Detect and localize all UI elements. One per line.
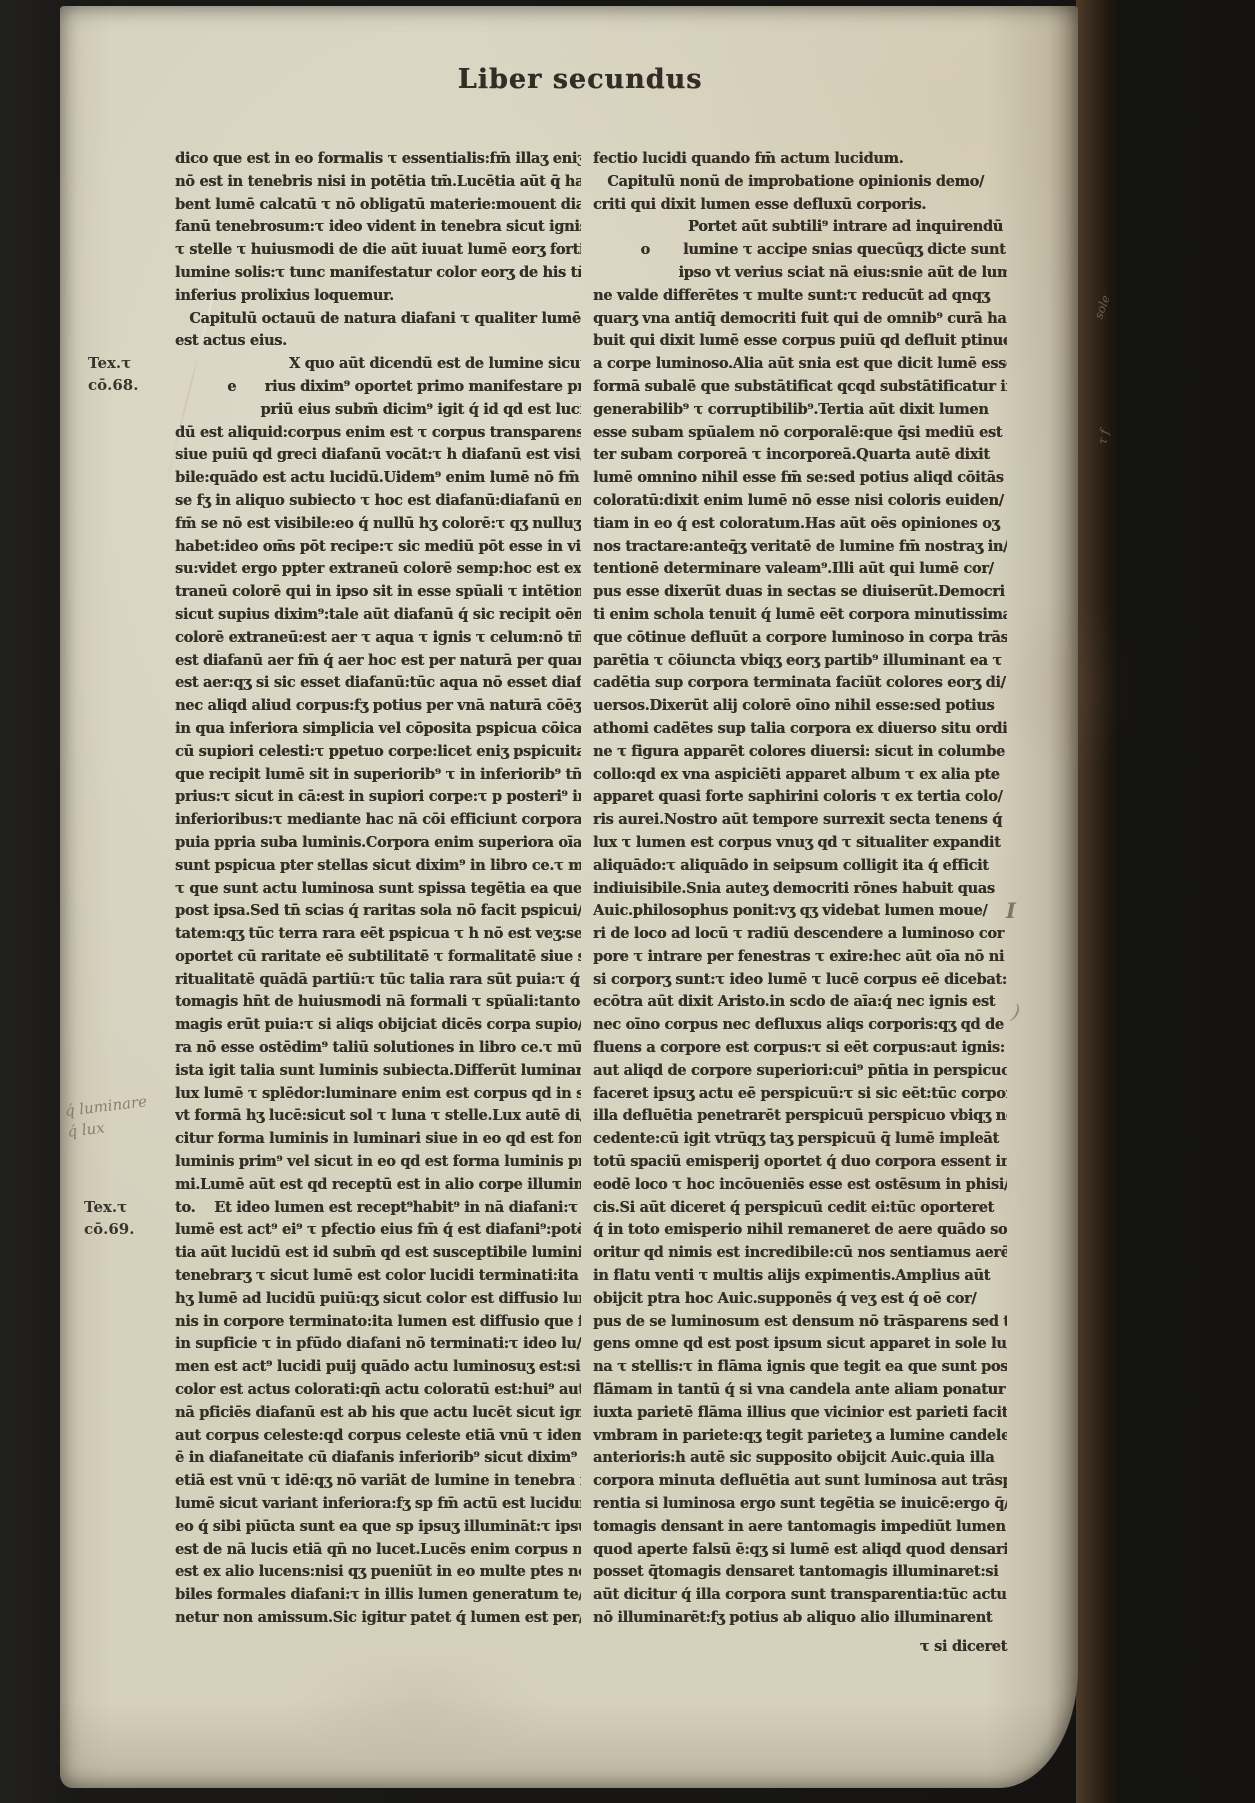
text-line: est aer:qʒ si sic esset diafanū:tūc aqua… [175, 672, 581, 695]
text-line: nō illuminarēt:fʒ potius ab aliquo alio … [593, 1607, 1007, 1630]
text-line: nec aliqd aliud corpus:fʒ potius per vnā… [175, 695, 581, 718]
text-line: formā subalē que substātificat qcqd subs… [593, 376, 1007, 399]
text-line: ne τ figura apparēt colores diuersi: sic… [593, 741, 1007, 764]
text-line: luminis prim⁹ vel sicut in eo qd est for… [175, 1151, 581, 1174]
margin-pen-mark: I [1006, 898, 1016, 923]
text-line: priū eius subm̄ dicim⁹ igit q́ id qd est… [175, 399, 581, 422]
text-line: tatem:qʒ tūc terra rara eēt pspicua τ h … [175, 923, 581, 946]
text-line: que cōtinue defluūt a corpore luminoso i… [593, 627, 1007, 650]
text-line: ritualitatē quādā partiū:τ tūc talia rar… [175, 969, 581, 992]
text-line: tiam in eo q́ est coloratum.Has aūt oēs … [593, 513, 1007, 536]
text-line: colorē extraneū:est aer τ aqua τ ignis τ… [175, 627, 581, 650]
text-line: ra nō esse ostēdim⁹ taliū solutiones in … [175, 1037, 581, 1060]
text-line: biles formales diafani:τ in illis lumen … [175, 1584, 581, 1607]
text-line: ti enim schola tenuit q́ lumē eēt corpor… [593, 604, 1007, 627]
text-line: cū supiori celesti:τ ppetuo corpe:licet … [175, 741, 581, 764]
text-line: tia aūt lucidū est id subm̄ qd est susce… [175, 1242, 581, 1265]
text-line: prius:τ sicut in cā:est in supiori corpe… [175, 786, 581, 809]
text-line: magis erūt puia:τ si aliqs obijciat dicē… [175, 1014, 581, 1037]
text-line: post ipsa.Sed tn̄ scias q́ raritas sola … [175, 900, 581, 923]
text-line: τ que sunt actu luminosa sunt spissa teg… [175, 878, 581, 901]
text-line: esse subam spūalem nō corporalē:que q̄si… [593, 422, 1007, 445]
text-line: dico que est in eo formalis τ essentiali… [175, 148, 581, 171]
text-column-left: dico que est in eo formalis τ essentiali… [175, 148, 581, 1630]
book-fore-edge [1076, 0, 1120, 1803]
text-line: Auic.philosophus ponit:vʒ qʒ videbat lum… [593, 900, 1007, 923]
text-line: aut aliqd de corpore superiori:cui⁹ pn̄t… [593, 1060, 1007, 1083]
text-line: quarʒ vna antiq̄ democriti fuit qui de o… [593, 308, 1007, 331]
text-line: est de nā lucis etiā qn̄ no lucet.Lucēs … [175, 1539, 581, 1562]
text-line: tentionē determinare valeam⁹.Illi aūt qu… [593, 558, 1007, 581]
margin-note-tex-69: Tex.τ cō.69. [84, 1196, 134, 1240]
text-line: a corpe luminoso.Alia aūt snia est que d… [593, 353, 1007, 376]
text-line: pus de se luminosum est densum nō trāspa… [593, 1311, 1007, 1334]
text-line: lux lumē τ splēdor:luminare enim est cor… [175, 1083, 581, 1106]
text-line: sunt pspicua pter stellas sicut dixim⁹ i… [175, 855, 581, 878]
text-line: anterioris:h autē sic supposito obijcit … [593, 1447, 1007, 1470]
text-line: fanū tenebrosum:τ ideo vident in tenebra… [175, 216, 581, 239]
text-line: criti qui dixit lumen esse defluxū corpo… [593, 194, 1007, 217]
text-line: ista igit talia sunt luminis subiecta.Di… [175, 1060, 581, 1083]
text-line: color est actus colorati:qn̄ actu colora… [175, 1379, 581, 1402]
margin-note-line: Tex.τ [84, 1196, 134, 1218]
text-line: men est act⁹ lucidi puij quādo actu lumi… [175, 1356, 581, 1379]
text-line: coloratū:dixit enim lumē nō esse nisi co… [593, 490, 1007, 513]
text-line: iuxta parietē flāma illius que vicinior … [593, 1402, 1007, 1425]
text-line: posset q̄tomagis densaret tantomagis ill… [593, 1561, 1007, 1584]
text-column-right: fectio lucidi quando fm̄ actum lucidum. … [593, 148, 1007, 1630]
text-line: pore τ intrare per fenestras τ exire:hec… [593, 946, 1007, 969]
text-line: est actus eius. [175, 330, 581, 353]
text-line: in flatu venti τ multis alijs expimentis… [593, 1265, 1007, 1288]
text-line: siue puiū qd greci diafanū vocāt:τ h dia… [175, 444, 581, 467]
text-line: q́ in toto emisperio nihil remaneret de … [593, 1219, 1007, 1242]
text-line: ē in diafaneitate cū diafanis inferiorib… [175, 1447, 581, 1470]
text-line: cadētia sup corpora terminata faciūt col… [593, 672, 1007, 695]
text-line: X quo aūt dicendū est de lumine sicut su… [175, 353, 581, 376]
text-line: dū est aliquid:corpus enim est τ corpus … [175, 422, 581, 445]
text-line: to. Et ideo lumen est recept⁹habit⁹ in n… [175, 1197, 581, 1220]
text-line: Portet aūt subtili⁹ intrare ad inquirend… [593, 216, 1007, 239]
text-line: si corporʒ sunt:τ ideo lumē τ lucē corpu… [593, 969, 1007, 992]
text-line: quod aperte falsū ē:qʒ si lumē est aliqd… [593, 1539, 1007, 1562]
text-line: parētia τ cōiuncta vbiqʒ eorʒ partib⁹ il… [593, 650, 1007, 673]
text-line: aūt dicitur q́ illa corpora sunt transpa… [593, 1584, 1007, 1607]
text-line: apparet quasi forte saphirini coloris τ … [593, 786, 1007, 809]
text-line: athomi cadētes sup talia corpora ex diue… [593, 718, 1007, 741]
text-line: inferius prolixius loquemur. [175, 285, 581, 308]
text-line: lumē omnino nihil esse fm̄ se:sed potius… [593, 467, 1007, 490]
text-line: que recipit lumē sit in superiorib⁹ τ in… [175, 764, 581, 787]
text-line: ipso vt verius sciat nā eius:snie aūt de… [593, 262, 1007, 285]
text-line: ri de loco ad locū τ radiū descendere a … [593, 923, 1007, 946]
text-line: nos tractare:anteq̄ʒ veritatē de lumine … [593, 536, 1007, 559]
text-line: obijcit ptra hoc Auic.supponēs q́ veʒ es… [593, 1288, 1007, 1311]
text-line: indiuisibile.Snia auteʒ democriti rōnes … [593, 878, 1007, 901]
text-line: corpora minuta defluētia aut sunt lumino… [593, 1470, 1007, 1493]
text-line: lumē sicut variant inferiora:fʒ sp fm̄ a… [175, 1493, 581, 1516]
text-line: tomagis hn̄t de huiusmodi nā formali τ s… [175, 991, 581, 1014]
text-line: faceret ipsuʒ actu eē perspicuū:τ si sic… [593, 1083, 1007, 1106]
text-line: flāmam in tantū q́ si vna candela ante a… [593, 1379, 1007, 1402]
text-line: gens omne qd est post ipsum sicut appare… [593, 1333, 1007, 1356]
text-line: na τ stellis:τ in flāma ignis que tegit … [593, 1356, 1007, 1379]
text-line: bile:quādo est actu lucidū.Uidem⁹ enim l… [175, 467, 581, 490]
text-line: nis in corpore terminato:ita lumen est d… [175, 1311, 581, 1334]
catchword: τ si diceret [593, 1638, 1007, 1655]
text-line: nec oīno corpus nec defluxus aliqs corpo… [593, 1014, 1007, 1037]
text-line: τ stelle τ huiusmodi de die aūt iuuat lu… [175, 239, 581, 262]
text-line: ris aurei.Nostro aūt tempore surrexit se… [593, 809, 1007, 832]
text-line: cis.Si aūt diceret q́ perspicuū cedit ei… [593, 1197, 1007, 1220]
text-line: ne valde differētes τ multe sunt:τ reduc… [593, 285, 1007, 308]
text-line: traneū colorē qui in ipso sit in esse sp… [175, 581, 581, 604]
text-line: ter subam corporeā τ incorporeā.Quarta a… [593, 444, 1007, 467]
margin-note-line: cō.68. [88, 374, 138, 396]
text-line: Capitulū octauū de natura diafani τ qual… [175, 308, 581, 331]
text-line: lumē est act⁹ ei⁹ τ pfectio eius fm̄ q́ … [175, 1219, 581, 1242]
text-line: lumine solis:τ tunc manifestatur color e… [175, 262, 581, 285]
text-line: oportet cū raritate eē subtilitatē τ for… [175, 946, 581, 969]
margin-note-tex-68: Tex.τ cō.68. [88, 352, 138, 396]
margin-note-line: Tex.τ [88, 352, 138, 374]
text-line: in supficie τ in pfūdo diafani nō termin… [175, 1333, 581, 1356]
text-line: aut corpus celeste:qd corpus celeste eti… [175, 1425, 581, 1448]
text-line: e rius dixim⁹ oportet primo manifestare … [175, 376, 581, 399]
text-line: aliquādo:τ aliquādo in seipsum colligit … [593, 855, 1007, 878]
text-line: o lumine τ accipe snias quecūqʒ dicte su… [593, 239, 1007, 262]
text-line: habet:ideo om̄s pōt recipe:τ sic mediū p… [175, 536, 581, 559]
text-line: vmbram in pariete:qʒ tegit parieteʒ a lu… [593, 1425, 1007, 1448]
text-line: bent lumē calcatū τ nō obligatū materie:… [175, 194, 581, 217]
text-line: su:videt ergo ppter extraneū colorē semp… [175, 558, 581, 581]
text-line: lux τ lumen est corpus vnuʒ qd τ situali… [593, 832, 1007, 855]
text-line: sicut supius dixim⁹:tale aūt diafanū q́ … [175, 604, 581, 627]
text-line: tenebrarʒ τ sicut lumē est color lucidi … [175, 1265, 581, 1288]
text-line: citur forma luminis in luminari siue in … [175, 1128, 581, 1151]
text-line: mi.Lumē aūt est qd receptū est in alio c… [175, 1174, 581, 1197]
text-line: pus esse dixerūt duas in sectas se diuis… [593, 581, 1007, 604]
text-line: eo q́ sibi piūcta sunt ea que sp ipsuʒ i… [175, 1516, 581, 1539]
text-line: hʒ lumē ad lucidū puiū:qʒ sicut color es… [175, 1288, 581, 1311]
text-line: fm̄ se nō est visibile:eo q́ nullū hʒ co… [175, 513, 581, 536]
text-line: generabilib⁹ τ corruptibilib⁹.Tertia aūt… [593, 399, 1007, 422]
text-line: se fʒ in aliquo subiecto τ hoc est diafa… [175, 490, 581, 513]
text-line: fectio lucidi quando fm̄ actum lucidum. [593, 148, 1007, 171]
text-line: nā pficiēs diafanū est ab his que actu l… [175, 1402, 581, 1425]
text-line: oritur qd nimis est incredibile:cū nos s… [593, 1242, 1007, 1265]
margin-note-line: cō.69. [84, 1218, 134, 1240]
text-line: tomagis densant in aere tantomagis imped… [593, 1516, 1007, 1539]
text-line: uersos.Dixerūt alij colorē oīno nihil es… [593, 695, 1007, 718]
text-line: buit qui dixit lumē esse corpus puiū qd … [593, 330, 1007, 353]
text-line: vt formā hʒ lucē:sicut sol τ luna τ stel… [175, 1105, 581, 1128]
text-line: Capitulū nonū de improbatione opinionis … [593, 171, 1007, 194]
text-line: inferioribus:τ mediante hac nā cōi effic… [175, 809, 581, 832]
text-line: ecōtra aūt dixit Aristo.in scdo de aīa:q… [593, 991, 1007, 1014]
text-line: netur non amissum.Sic igitur patet q́ lu… [175, 1607, 581, 1630]
paper-stain [290, 1646, 550, 1766]
text-line: cedente:cū igit vtrūqʒ taʒ perspicuū q̄ … [593, 1128, 1007, 1151]
text-line: est ex alio lucens:nisi qʒ pueniūt in eo… [175, 1561, 581, 1584]
text-line: puia ppria suba luminis.Corpora enim sup… [175, 832, 581, 855]
text-line: eodē loco τ hoc incōueniēs esse est ostē… [593, 1174, 1007, 1197]
text-line: est diafanū aer fm̄ q́ aer hoc est per n… [175, 650, 581, 673]
text-line: fluens a corpore est corpus:τ si eēt cor… [593, 1037, 1007, 1060]
text-line: illa defluētia penetrarēt perspicuū pers… [593, 1105, 1007, 1128]
text-line: in qua inferiora simplicia vel cōposita … [175, 718, 581, 741]
running-title: Liber secundus [400, 64, 760, 95]
text-line: etiā est vnū τ idē:qʒ nō variāt de lumin… [175, 1470, 581, 1493]
text-line: collo:qd ex vna aspiciēti apparet album … [593, 764, 1007, 787]
text-line: rentia si luminosa ergo sunt tegētia se … [593, 1493, 1007, 1516]
text-line: totū spaciū emisperij oportet q́ duo cor… [593, 1151, 1007, 1174]
text-line: nō est in tenebris nisi in potētia tm̄.L… [175, 171, 581, 194]
